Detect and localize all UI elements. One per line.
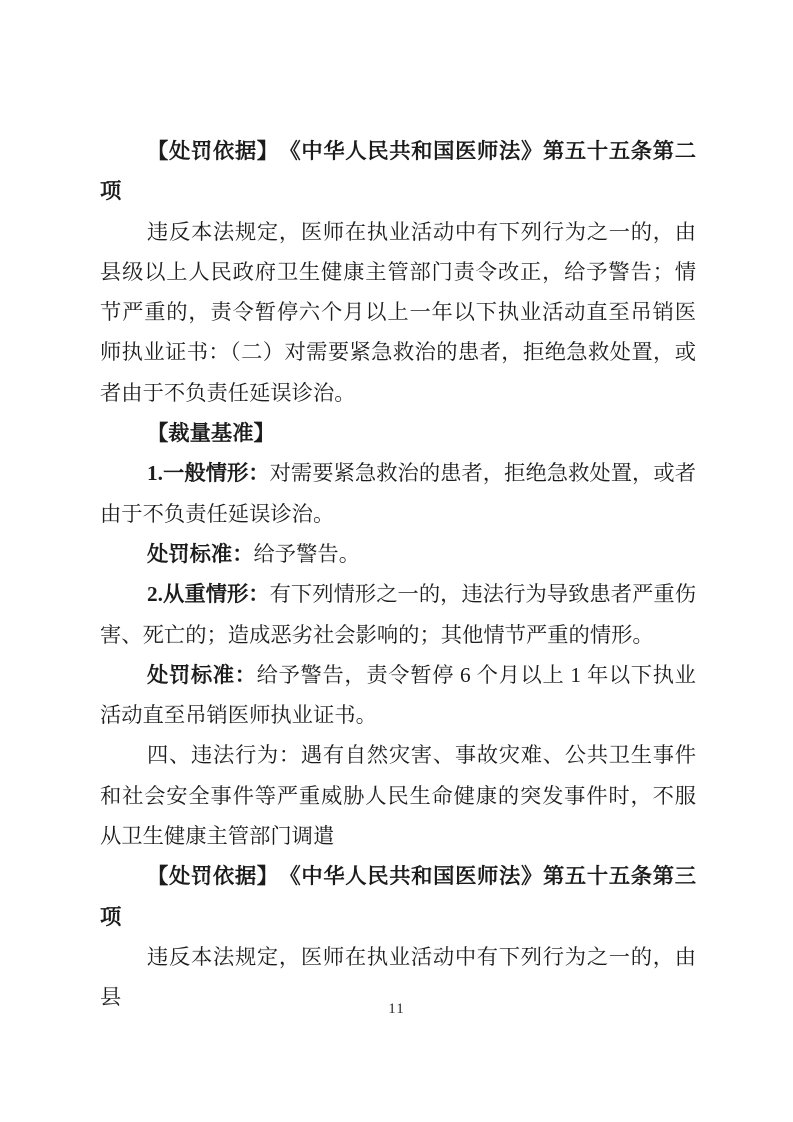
- body-paragraph: 四、违法行为：遇有自然灾害、事故灾难、公共卫生事件和社会安全事件等严重威胁人民生…: [100, 735, 696, 856]
- bold-text-run: 处罚标准：: [147, 542, 254, 566]
- text-run: 违反本法规定，医师在执业活动中有下列行为之一的，由县级以上人民政府卫生健康主管部…: [100, 220, 696, 405]
- heading-paragraph: 【处罚依据】 《中华人民共和国医师法》第五十五条第二项: [100, 131, 696, 212]
- body-paragraph: 违反本法规定，医师在执业活动中有下列行为之一的，由县级以上人民政府卫生健康主管部…: [100, 212, 696, 413]
- body-paragraph: 处罚标准：给予警告，责令暂停 6 个月以上 1 年以下执业活动直至吊销医师执业证…: [100, 655, 696, 736]
- document-body: 【处罚依据】 《中华人民共和国医师法》第五十五条第二项违反本法规定，医师在执业活…: [100, 131, 696, 1018]
- body-paragraph: 1.一般情形：对需要紧急救治的患者，拒绝急救处置，或者由于不负责任延误诊治。: [100, 453, 696, 534]
- bold-text-run: 2.从重情形：: [147, 582, 270, 606]
- bold-text-run: 【处罚依据】 《中华人民共和国医师法》第五十五条第二项: [100, 139, 696, 203]
- body-paragraph: 处罚标准：给予警告。: [100, 534, 696, 574]
- bold-text-run: 【裁量基准】: [147, 421, 275, 445]
- document-page: 【处罚依据】 《中华人民共和国医师法》第五十五条第二项违反本法规定，医师在执业活…: [0, 0, 793, 1122]
- page-number: 11: [388, 1001, 404, 1017]
- body-paragraph: 2.从重情形：有下列情形之一的，违法行为导致患者严重伤害、死亡的；造成恶劣社会影…: [100, 574, 696, 655]
- text-run: 四、违法行为：遇有自然灾害、事故灾难、公共卫生事件和社会安全事件等严重威胁人民生…: [100, 743, 696, 848]
- bold-text-run: 1.一般情形：: [147, 461, 270, 485]
- heading-paragraph: 【裁量基准】: [100, 413, 696, 453]
- text-run: 违反本法规定，医师在执业活动中有下列行为之一的，由县: [100, 945, 696, 1009]
- page-footer: 11: [0, 1001, 793, 1018]
- bold-text-run: 【处罚依据】 《中华人民共和国医师法》第五十五条第三项: [100, 864, 696, 928]
- text-run: 给予警告。: [254, 542, 361, 566]
- heading-paragraph: 【处罚依据】 《中华人民共和国医师法》第五十五条第三项: [100, 856, 696, 937]
- bold-text-run: 处罚标准：: [147, 663, 257, 687]
